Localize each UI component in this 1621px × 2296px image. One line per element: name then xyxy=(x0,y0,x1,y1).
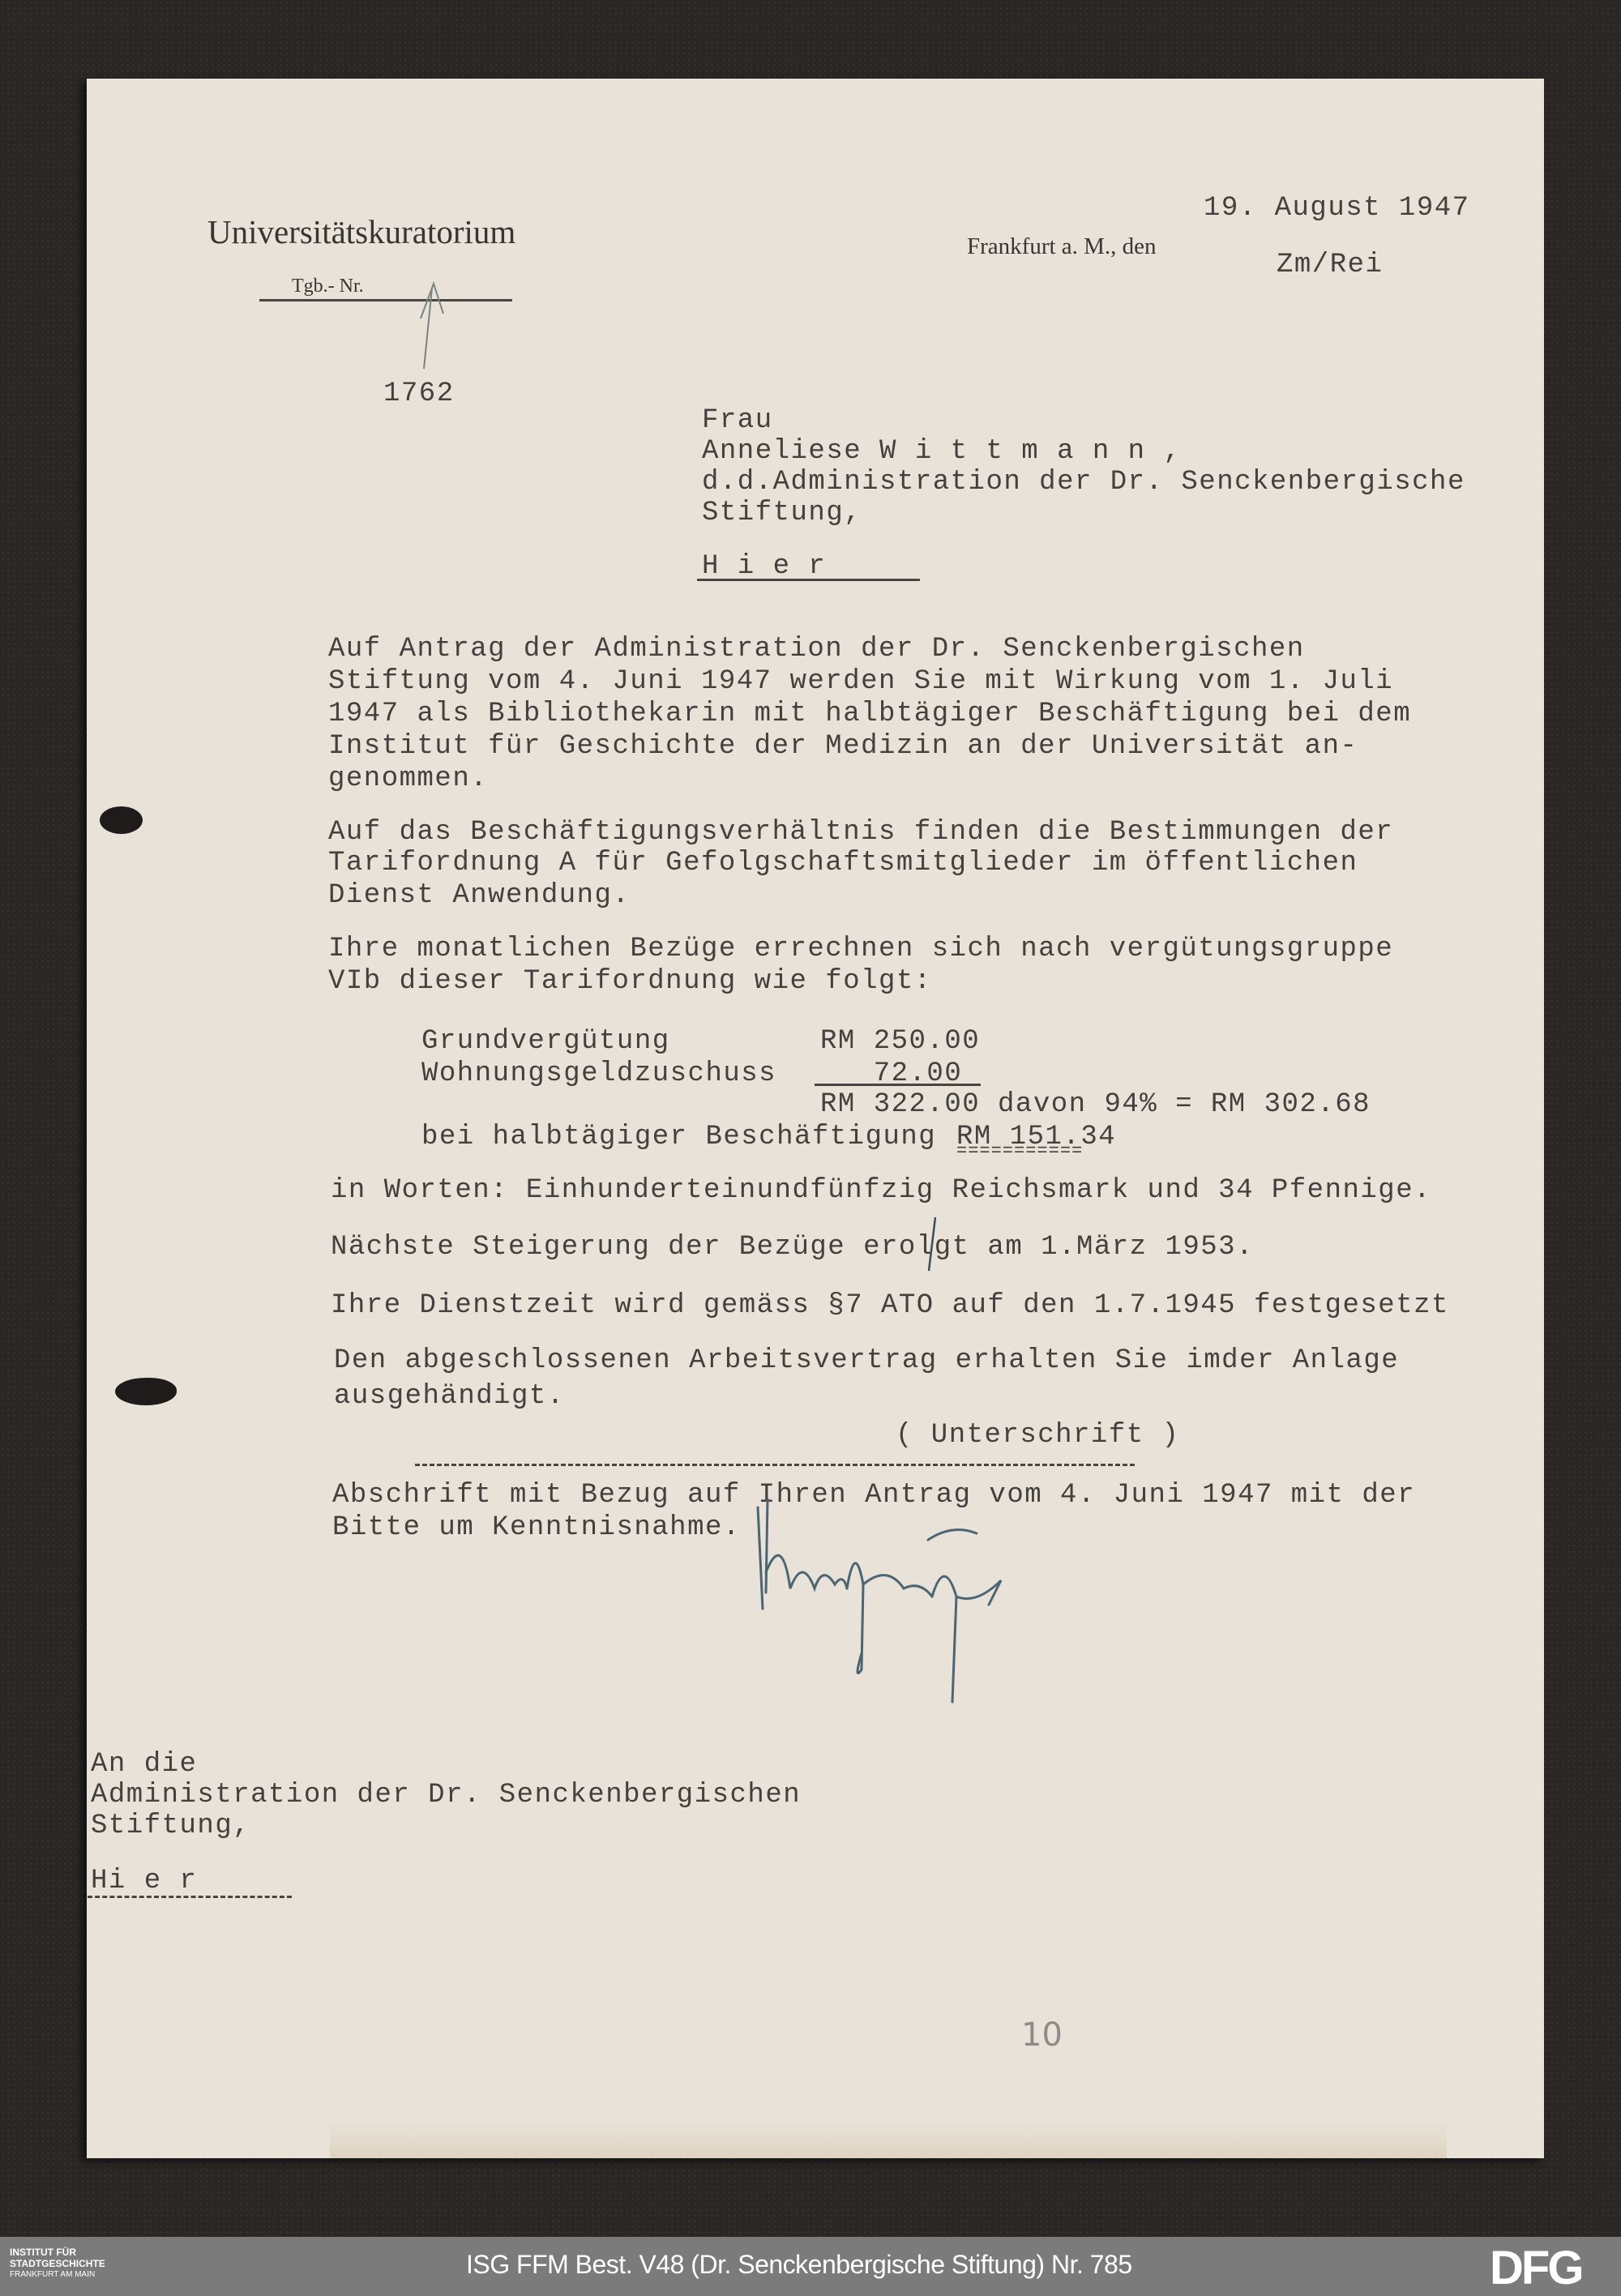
pencil-correction-icon xyxy=(924,1216,940,1272)
text-line: Tarifordnung A für Gefolgschaftsmitglied… xyxy=(328,848,1358,879)
double-underline: =========== xyxy=(956,1141,1083,1161)
text-line: genommen. xyxy=(328,763,488,794)
recipient-salutation: Frau xyxy=(702,405,773,436)
water-stain xyxy=(330,2122,1447,2158)
text-line: Dienst Anwendung. xyxy=(328,880,630,911)
contract-line: Den abgeschlossenen Arbeitsvertrag erhal… xyxy=(334,1345,1399,1376)
locality-underline xyxy=(697,579,920,581)
recipient-locality: H i e r xyxy=(702,551,826,582)
salary-amount: RM 250.00 xyxy=(820,1026,980,1057)
institution-name: Universitätskuratorium xyxy=(207,212,515,251)
place-label: Frankfurt a. M., den xyxy=(967,233,1157,260)
text-line: Institut für Geschichte der Medizin an d… xyxy=(328,731,1358,762)
institute-logo-line: STADTGESCHICHTE xyxy=(10,2258,105,2269)
amount-in-words: in Worten: Einhunderteinundfünfzig Reich… xyxy=(331,1175,1431,1206)
copy-note-line: Abschrift mit Bezug auf Ihren Antrag vom… xyxy=(332,1480,1415,1511)
dfg-logo: DFG xyxy=(1490,2245,1581,2292)
archive-footer-bar: INSTITUT FÜR STADTGESCHICHTE FRANKFURT A… xyxy=(0,2237,1621,2296)
tgb-label: Tgb.- Nr. xyxy=(292,276,364,297)
recipient-name: Anneliese W i t t m a n n , xyxy=(702,436,1181,467)
service-time: Ihre Dienstzeit wird gemäss §7 ATO auf d… xyxy=(331,1290,1449,1321)
letter-date: 19. August 1947 xyxy=(1204,193,1470,224)
pencil-mark-icon xyxy=(417,280,450,373)
text-line: VIb dieser Tarifordnung wie folgt: xyxy=(328,966,932,997)
recipient-address-2: Stiftung, xyxy=(702,498,862,528)
institute-logo-line: FRANKFURT AM MAIN xyxy=(10,2269,105,2281)
punch-hole-top xyxy=(100,806,143,834)
separator-line xyxy=(415,1464,1135,1466)
institute-logo-line: INSTITUT FÜR xyxy=(10,2247,105,2258)
salary-label: Grundvergütung xyxy=(421,1026,670,1057)
archive-caption: ISG FFM Best. V48 (Dr. Senckenbergische … xyxy=(466,2250,1132,2280)
tgb-number: 1762 xyxy=(383,378,455,409)
text-line: 1947 als Bibliothekarin mit halbtägiger … xyxy=(328,699,1411,729)
copy-locality-underline xyxy=(88,1896,292,1898)
signature-placeholder: ( Unterschrift ) xyxy=(896,1420,1179,1451)
contract-line: ausgehändigt. xyxy=(334,1381,565,1412)
text-line: Auf das Beschäftigungsverhältnis finden … xyxy=(328,817,1393,848)
text-line: Ihre monatlichen Bezüge errechnen sich n… xyxy=(328,934,1393,964)
copy-recipient-line: An die xyxy=(91,1749,197,1780)
recipient-address: d.d.Administration der Dr. Senckenbergis… xyxy=(702,467,1465,498)
pencil-page-number: 10 xyxy=(1021,2016,1063,2054)
copy-note-line: Bitte um Kenntnisnahme. xyxy=(332,1512,741,1543)
next-raise: Nächste Steigerung der Bezüge erolgt am … xyxy=(331,1232,1254,1263)
handwritten-signature-icon xyxy=(758,1507,1025,1710)
reference-code: Zm/Rei xyxy=(1277,250,1383,280)
text-line: Auf Antrag der Administration der Dr. Se… xyxy=(328,634,1305,665)
halfday-label: bei halbtägiger Beschäftigung xyxy=(421,1122,936,1152)
institute-logo: INSTITUT FÜR STADTGESCHICHTE FRANKFURT A… xyxy=(10,2247,105,2281)
copy-recipient-locality: Hi e r xyxy=(91,1866,197,1896)
punch-hole-bottom xyxy=(115,1378,177,1405)
copy-recipient-line: Stiftung, xyxy=(91,1811,250,1841)
text-line: Stiftung vom 4. Juni 1947 werden Sie mit… xyxy=(328,666,1393,697)
tgb-underline xyxy=(259,299,512,301)
salary-label: Wohnungsgeldzuschuss xyxy=(421,1058,776,1089)
sum-underline xyxy=(815,1084,981,1086)
salary-subtotal: RM 322.00 davon 94% = RM 302.68 xyxy=(820,1089,1371,1120)
copy-recipient-line: Administration der Dr. Senckenbergischen xyxy=(91,1780,801,1811)
